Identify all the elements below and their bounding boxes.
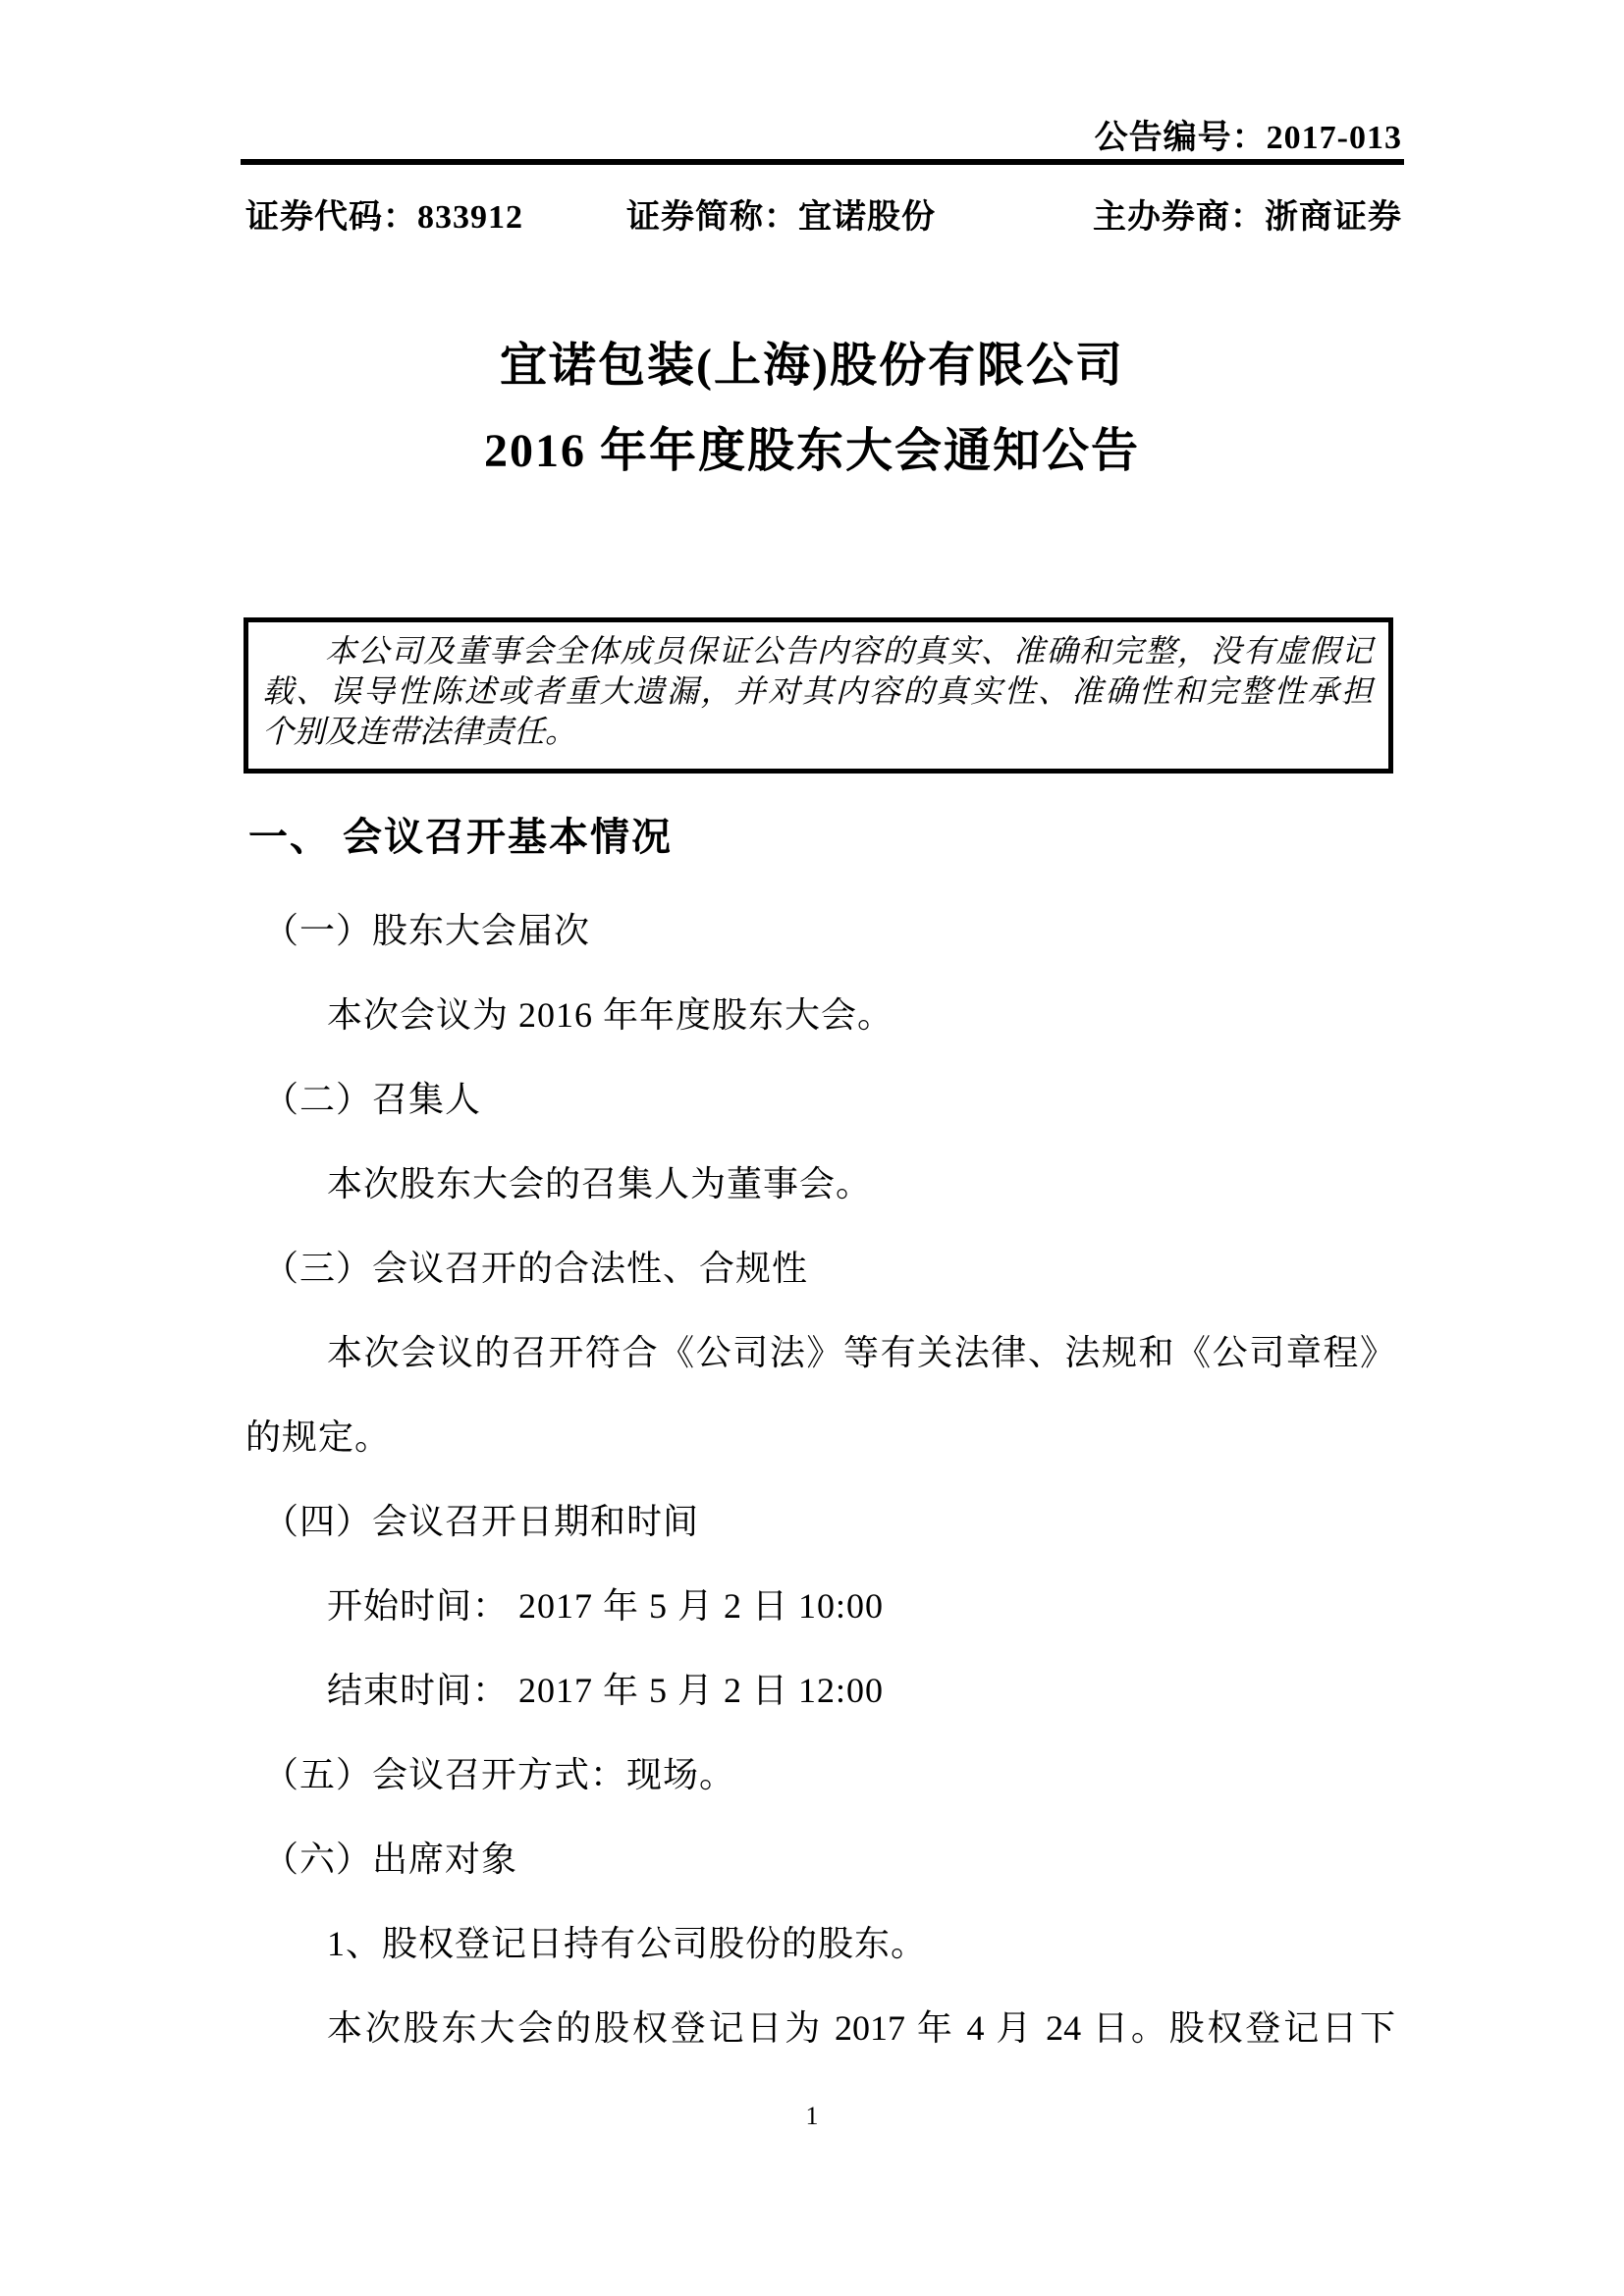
- document-line: （五）会议召开方式：现场。: [263, 1751, 735, 1798]
- disclaimer-box: 本公司及董事会全体成员保证公告内容的真实、准确和完整，没有虚假记载、误导性陈述或…: [244, 617, 1393, 774]
- document-line: （四）会议召开日期和时间: [263, 1498, 699, 1545]
- stock-code: 证券代码：833912: [245, 194, 523, 241]
- document-line: （一）股东大会届次: [263, 907, 590, 954]
- document-line: 本次会议的召开符合《公司法》等有关法律、法规和《公司章程》: [327, 1329, 1395, 1376]
- document-line: 1、股权登记日持有公司股份的股东。: [327, 1920, 927, 1967]
- document-title-company: 宜诺包装(上海)股份有限公司: [0, 341, 1624, 392]
- document-line: 本次会议为 2016 年年度股东大会。: [327, 991, 893, 1039]
- page-number: 1: [0, 2097, 1624, 2136]
- header-divider-rule: [241, 159, 1404, 165]
- document-line: （二）召集人: [263, 1076, 481, 1123]
- document-page: 公告编号：2017-013 证券代码：833912 证券简称：宜诺股份 主办券商…: [0, 0, 1624, 2296]
- stock-abbreviation: 证券简称：宜诺股份: [626, 194, 936, 241]
- document-line: 本次股东大会的股权登记日为 2017 年 4 月 24 日。股权登记日下: [327, 2004, 1395, 2052]
- document-line: 的规定。: [245, 1414, 391, 1461]
- document-line: 开始时间： 2017 年 5 月 2 日 10:00: [327, 1582, 884, 1629]
- disclaimer-line: 载、误导性陈述或者重大遗漏，并对其内容的真实性、准确性和完整性承担: [262, 671, 1373, 712]
- document-line: 本次股东大会的召集人为董事会。: [327, 1160, 872, 1207]
- announcement-number: 公告编号：2017-013: [1095, 115, 1402, 162]
- document-line: 结束时间： 2017 年 5 月 2 日 12:00: [327, 1667, 884, 1714]
- sponsor-broker: 主办券商：浙商证券: [1093, 194, 1402, 241]
- section-heading: 一、 会议召开基本情况: [248, 814, 673, 861]
- document-line: （六）出席对象: [263, 1836, 517, 1883]
- disclaimer-line: 本公司及董事会全体成员保证公告内容的真实、准确和完整，没有虚假记: [262, 631, 1373, 671]
- document-line: （三）会议召开的合法性、合规性: [263, 1245, 808, 1292]
- document-title-meeting: 2016 年年度股东大会通知公告: [0, 426, 1624, 477]
- disclaimer-line: 个别及连带法律责任。: [262, 712, 1373, 752]
